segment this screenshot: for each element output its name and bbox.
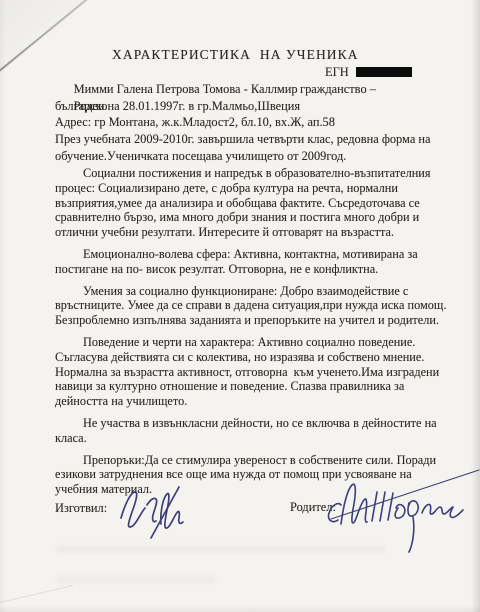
text-line: Препоръки:Да се стимулира увереност в со… — [55, 453, 457, 468]
text-line: Не участва в извънкласни дейности, но се… — [55, 416, 457, 431]
citizenship-value: българско — [55, 98, 457, 115]
prepared-by-label: Изготвил: — [55, 501, 107, 516]
paragraph-emotional-sphere: Емоционално-волева сфера: Активна, конта… — [55, 247, 457, 277]
paragraph-recommendations: Препоръки:Да се стимулира увереност в со… — [55, 453, 457, 497]
text-line: дейността на училището. — [55, 394, 457, 409]
text-line: връстниците. Умее да се справи в дадена … — [55, 298, 457, 313]
document-body: Социални постижения и напредък в образов… — [55, 166, 457, 504]
text-line: навици за културно отношение и поведение… — [55, 379, 457, 394]
page-title: ХАРАКТЕРИСТИКА НА УЧЕНИКА — [112, 47, 359, 63]
bleed-through-text — [56, 545, 386, 553]
school-year-line-1: През учебната 2009-2010г. завършила четв… — [55, 131, 457, 148]
text-line: Умения за социално функциониране: Добро … — [55, 284, 457, 299]
paragraph-behavior: Поведение и черти на характера: Активно … — [55, 335, 457, 409]
bleed-through-text — [56, 576, 216, 583]
text-line: Поведение и черти на характера: Активно … — [55, 335, 457, 350]
egn-redaction-bar — [356, 67, 412, 77]
text-line: Емоционално-волева сфера: Активна, конта… — [55, 247, 457, 262]
birth-line: Роден на 28.01.1997г. в гр.Малмьо,Швеция… — [55, 81, 457, 98]
text-line: възприятия,умее да анализира и обобщава … — [55, 196, 457, 211]
address-line: Адрес: гр Монтана, ж.к.Младост2, бл.10, … — [55, 114, 457, 131]
paper-crease — [0, 585, 73, 604]
text-line: постигане на по- висок резултат. Отговор… — [55, 262, 457, 277]
parent-label: Родител: — [290, 500, 336, 515]
paragraph-extracurricular: Не участва в извънкласни дейности, но се… — [55, 416, 457, 446]
student-info-block: Мимми Галена Петрова Томова - Каллмир ЕГ… — [55, 64, 457, 165]
student-name-line: Мимми Галена Петрова Томова - Каллмир ЕГ… — [55, 64, 457, 81]
text-line: учебния материал. — [55, 482, 457, 497]
text-line: Социални постижения и напредък в образов… — [55, 166, 457, 181]
paragraph-social-functioning: Умения за социално функциониране: Добро … — [55, 284, 457, 328]
text-line: сравнително бързо, има много добри знани… — [55, 210, 457, 225]
text-line: езикови затруднения все още има нужда от… — [55, 467, 457, 482]
egn-group: ЕГН — [325, 64, 412, 81]
text-line: Съгласува действията си с колектива, но … — [55, 350, 457, 365]
egn-label: ЕГН — [325, 64, 349, 81]
citizenship-label: гражданство – — [300, 81, 376, 98]
paragraph-social-achievements: Социални постижения и напредък в образов… — [55, 166, 457, 240]
text-line: процес: Социализирано дете, с добра култ… — [55, 181, 457, 196]
school-year-line-2: обучение.Ученичката посещава училището о… — [55, 148, 457, 165]
text-line: класа. — [55, 431, 457, 446]
scanned-document-page: ХАРАКТЕРИСТИКА НА УЧЕНИКА Мимми Галена П… — [0, 0, 480, 612]
text-line: Нормална за възрастта активност, отговор… — [55, 365, 457, 380]
text-line: отлични учебни резултати. Интересите й о… — [55, 225, 457, 240]
text-line: Безпроблемно изпълнява заданията и препо… — [55, 313, 457, 328]
